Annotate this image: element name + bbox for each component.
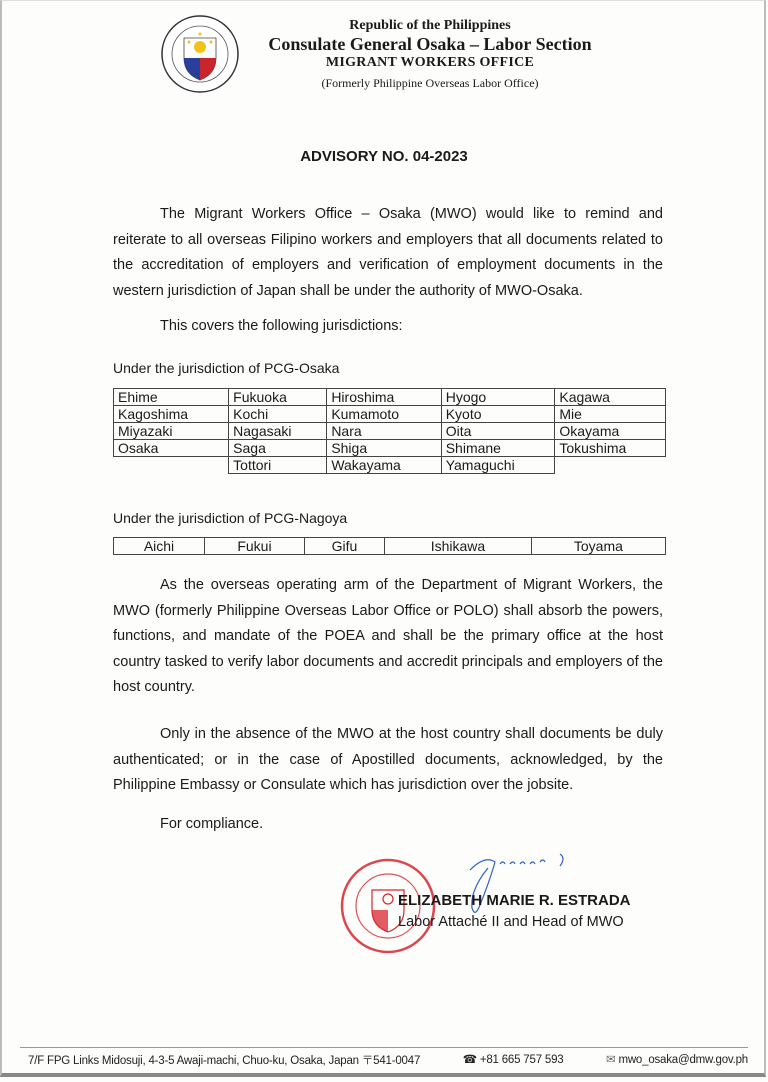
prefecture-cell: Okayama [555, 423, 666, 440]
prefecture-cell: Kagawa [555, 389, 666, 406]
prefecture-cell: Shimane [441, 440, 555, 457]
prefecture-cell: Tottori [229, 457, 327, 474]
table-row: KagoshimaKochiKumamotoKyotoMie [114, 406, 666, 423]
footer: 7/F FPG Links Midosuji, 4-3-5 Awaji-mach… [28, 1052, 748, 1068]
prefecture-cell [114, 457, 229, 474]
prefecture-cell: Nagasaki [229, 423, 327, 440]
footer-email-group: ✉ mwo_osaka@dmw.gov.ph [606, 1052, 748, 1068]
footer-phone: +81 665 757 593 [480, 1054, 564, 1066]
prefecture-cell: Tokushima [555, 440, 666, 457]
formerly-line: (Formerly Philippine Overseas Labor Offi… [240, 74, 620, 92]
paragraph-intro: The Migrant Workers Office – Osaka (MWO)… [113, 202, 663, 304]
prefecture-cell: Hyogo [441, 389, 555, 406]
prefecture-cell: Hiroshima [327, 389, 441, 406]
prefecture-cell: Kyoto [441, 406, 555, 423]
table-row: TottoriWakayamaYamaguchi [114, 457, 666, 474]
prefecture-cell: Aichi [114, 538, 205, 555]
paragraph-covers: This covers the following jurisdictions: [113, 314, 663, 340]
table-row: AichiFukuiGifuIshikawaToyama [114, 538, 666, 555]
paragraph-compliance: For compliance. [113, 812, 663, 838]
prefecture-cell: Miyazaki [114, 423, 229, 440]
paragraph-mandate: As the overseas operating arm of the Dep… [113, 573, 663, 701]
prefecture-cell: Osaka [114, 440, 229, 457]
prefecture-cell: Saga [229, 440, 327, 457]
osaka-jurisdiction-label: Under the jurisdiction of PCG-Osaka [113, 360, 339, 376]
prefecture-cell: Oita [441, 423, 555, 440]
letterhead: Republic of the Philippines Consulate Ge… [0, 0, 768, 110]
table-row: EhimeFukuokaHiroshimaHyogoKagawa [114, 389, 666, 406]
footer-email[interactable]: mwo_osaka@dmw.gov.ph [618, 1054, 748, 1066]
advisory-title: ADVISORY NO. 04-2023 [0, 148, 768, 165]
prefecture-cell: Kochi [229, 406, 327, 423]
prefecture-cell: Wakayama [327, 457, 441, 474]
prefecture-cell: Yamaguchi [441, 457, 555, 474]
phone-icon: ☎ [463, 1054, 477, 1066]
signatory-name: ELIZABETH MARIE R. ESTRADA [398, 892, 631, 909]
signatory-title: Labor Attaché II and Head of MWO [398, 914, 624, 930]
prefecture-cell: Fukui [204, 538, 304, 555]
prefecture-cell: Toyama [531, 538, 665, 555]
prefecture-cell: Kagoshima [114, 406, 229, 423]
prefecture-cell: Shiga [327, 440, 441, 457]
consulate-line: Consulate General Osaka – Labor Section [240, 34, 620, 54]
signature-icon [400, 850, 600, 920]
prefecture-cell: Fukuoka [229, 389, 327, 406]
paragraph-absence: Only in the absence of the MWO at the ho… [113, 722, 663, 799]
republic-line: Republic of the Philippines [240, 18, 620, 34]
prefecture-cell: Nara [327, 423, 441, 440]
prefecture-cell: Kumamoto [327, 406, 441, 423]
prefecture-cell: Ehime [114, 389, 229, 406]
nagoya-jurisdiction-table: AichiFukuiGifuIshikawaToyama [113, 537, 666, 555]
prefecture-cell: Gifu [304, 538, 384, 555]
letterhead-text: Republic of the Philippines Consulate Ge… [240, 18, 620, 92]
table-row: OsakaSagaShigaShimaneTokushima [114, 440, 666, 457]
table-row: MiyazakiNagasakiNaraOitaOkayama [114, 423, 666, 440]
office-line: MIGRANT WORKERS OFFICE [240, 54, 620, 72]
mwo-seal-icon [160, 14, 240, 94]
prefecture-cell: Mie [555, 406, 666, 423]
prefecture-cell: Ishikawa [385, 538, 532, 555]
osaka-jurisdiction-table: EhimeFukuokaHiroshimaHyogoKagawaKagoshim… [113, 388, 666, 474]
nagoya-jurisdiction-label: Under the jurisdiction of PCG-Nagoya [113, 510, 347, 526]
footer-divider [20, 1047, 748, 1048]
footer-phone-group: ☎ +81 665 757 593 [463, 1052, 564, 1068]
footer-address: 7/F FPG Links Midosuji, 4-3-5 Awaji-mach… [28, 1052, 420, 1068]
mail-icon: ✉ [606, 1054, 615, 1066]
prefecture-cell [555, 457, 666, 474]
